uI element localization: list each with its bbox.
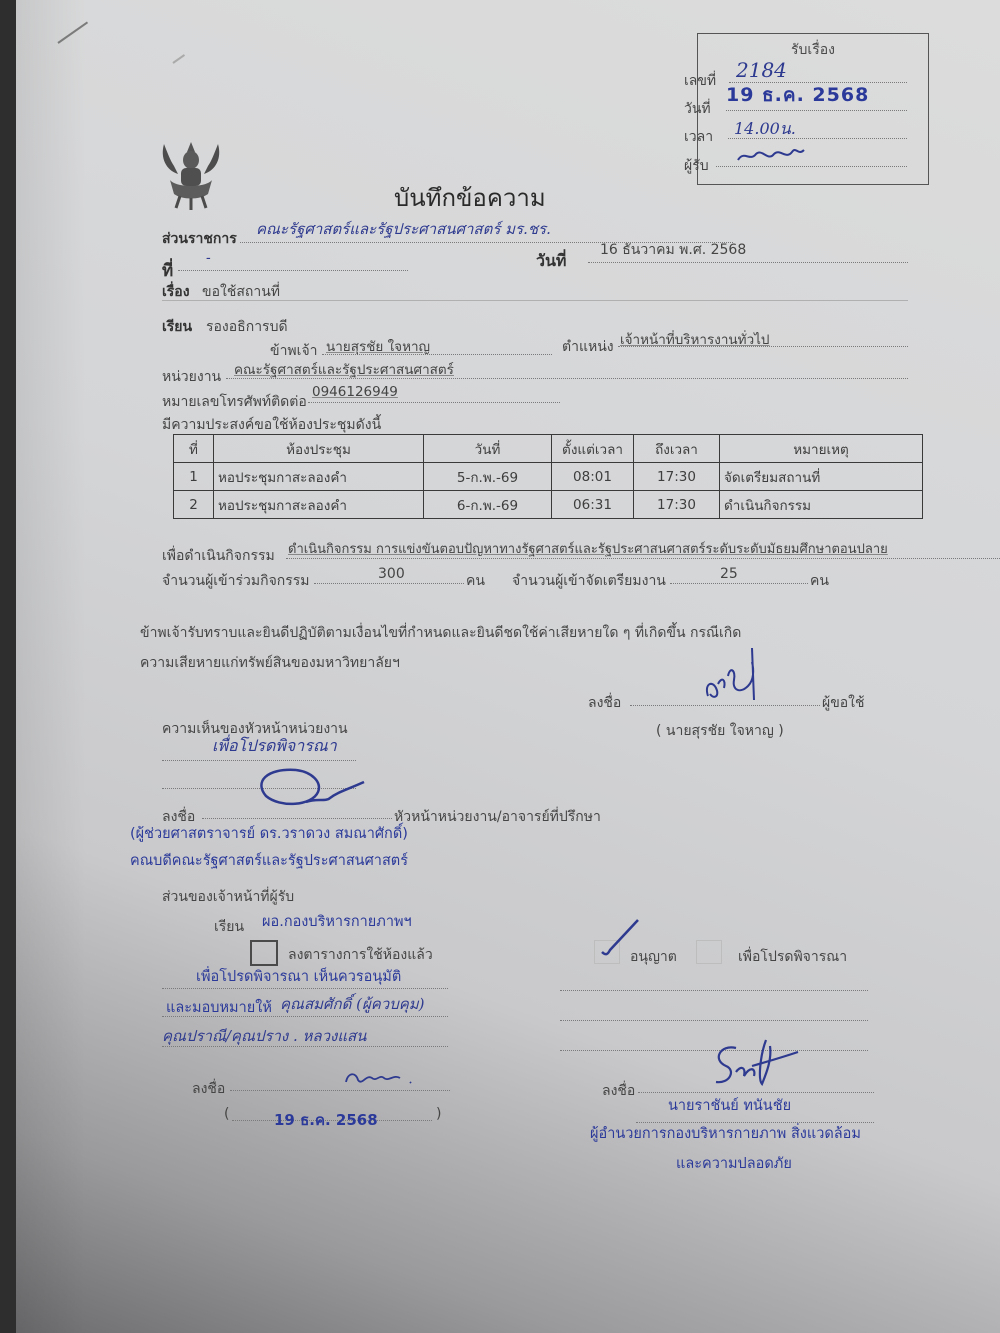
cell-from-time: 08:01: [552, 463, 634, 491]
applicant-sign-label: ลงชื่อ: [588, 692, 621, 714]
participants-value: 300: [378, 566, 405, 582]
officer-date-close-paren: ): [436, 1106, 441, 1122]
cell-remark: จัดเตรียมสถานที่: [720, 463, 923, 491]
officer-note-line-2-hand: คุณสมศักดิ์ (ผู้ควบคุม): [280, 992, 425, 1016]
staff-value: 25: [720, 566, 738, 582]
col-to-time: ถึงเวลา: [634, 435, 720, 463]
receive-time-label: เวลา: [684, 126, 713, 148]
phone-label: หมายเลขโทรศัพท์ติดต่อ: [162, 391, 307, 413]
participants-label: จำนวนผู้เข้าร่วมกิจกรรม: [162, 570, 310, 592]
room-booking-table: ที่ ห้องประชุม วันที่ ตั้งแต่เวลา ถึงเวล…: [173, 434, 923, 519]
applicant-signature: [696, 640, 776, 710]
receive-time-value: 14.00น.: [734, 117, 796, 142]
col-from-time: ตั้งแต่เวลา: [552, 435, 634, 463]
receive-date-stamp: 19 ธ.ค. 2568: [726, 80, 869, 110]
officer-note-line-1: เพื่อโปรดพิจารณา เห็นควรอนุมัติ: [196, 965, 401, 988]
document-title: บันทึกข้อความ: [394, 178, 546, 217]
applicant-name: ( นายสุรชัย ใจหาญ ): [656, 720, 784, 742]
cell-date: 5-ก.พ.-69: [424, 463, 552, 491]
receive-title: รับเรื่อง: [698, 39, 928, 61]
agency-value: คณะรัฐศาสตร์และรัฐประศาสนศาสตร์ มร.ชร.: [256, 217, 551, 241]
col-date: วันที่: [424, 435, 552, 463]
head-role: หัวหน้าหน่วยงาน/อาจารย์ที่ปรึกษา: [394, 806, 601, 828]
ref-value: -: [206, 250, 211, 266]
table-header-row: ที่ ห้องประชุม วันที่ ตั้งแต่เวลา ถึงเวล…: [174, 435, 923, 463]
receive-number-value: 2184: [736, 58, 787, 82]
officer-date-open-paren: (: [224, 1106, 229, 1122]
cell-number: 1: [174, 463, 214, 491]
schedule-checkbox[interactable]: [250, 940, 278, 966]
director-sign-label: ลงชื่อ: [602, 1080, 635, 1102]
head-name-stamp: (ผู้ช่วยศาสตราจารย์ ดร.วราดวง สมณาศักดิ์…: [130, 822, 408, 845]
head-signature: [246, 762, 376, 810]
approve-label: อนุญาต: [630, 946, 677, 968]
table-row: 2 หอประชุมกาสะลองคำ 6-ก.พ.-69 06:31 17:3…: [174, 491, 923, 519]
cell-number: 2: [174, 491, 214, 519]
officer-date-stamp: 19 ธ.ค. 2568: [274, 1108, 378, 1132]
officer-note-line-3-hand: คุณปราณี/คุณปราง . หลวงแสน: [162, 1024, 366, 1048]
to-label: เรียน: [162, 316, 192, 338]
cell-to-time: 17:30: [634, 491, 720, 519]
applicant-role: ผู้ขอใช้: [822, 692, 865, 714]
purpose-intro: มีความประสงค์ขอใช้ห้องประชุมดังนี้: [162, 414, 381, 436]
col-remark: หมายเหตุ: [720, 435, 923, 463]
date-value: 16 ธันวาคม พ.ศ. 2568: [600, 239, 746, 261]
receive-date-label: วันที่: [684, 98, 711, 120]
memo-paper: รับเรื่อง เลขที่ 2184 วันที่ 19 ธ.ค. 256…: [16, 0, 1000, 1333]
participants-unit: คน: [466, 570, 485, 592]
head-opinion-comment: เพื่อโปรดพิจารณา: [212, 734, 337, 759]
applicant-value: นายสุรชัย ใจหาญ: [326, 335, 430, 357]
officer-section-label: ส่วนของเจ้าหน้าที่ผู้รับ: [162, 886, 294, 908]
consider-checkbox[interactable]: [696, 940, 722, 964]
officer-to-label: เรียน: [214, 916, 244, 938]
schedule-checkbox-label: ลงตารางการใช้ห้องแล้ว: [288, 944, 433, 966]
receiver-signature: [734, 140, 814, 166]
col-number: ที่: [174, 435, 214, 463]
receive-number-label: เลขที่: [684, 70, 716, 92]
officer-to-value: ผอ.กองบริหารกายภาพฯ: [262, 910, 412, 933]
purpose-value: ดำเนินกิจกรรม การแข่งขันตอบปัญหาทางรัฐศา…: [288, 538, 888, 559]
director-title-line-2: และความปลอดภัย: [676, 1152, 792, 1175]
agreement-line-1: ข้าพเจ้ารับทราบและยินดีปฏิบัติตามเงื่อนไ…: [140, 622, 741, 644]
staff-unit: คน: [810, 570, 829, 592]
phone-value: 0946126949: [312, 384, 398, 400]
cell-room: หอประชุมกาสะลองคำ: [214, 463, 424, 491]
cell-room: หอประชุมกาสะลองคำ: [214, 491, 424, 519]
purpose-label: เพื่อดำเนินกิจกรรม: [162, 545, 275, 567]
officer-sign-label: ลงชื่อ: [192, 1078, 225, 1100]
ref-label: ที่: [162, 257, 173, 284]
col-room: ห้องประชุม: [214, 435, 424, 463]
table-row: 1 หอประชุมกาสะลองคำ 5-ก.พ.-69 08:01 17:3…: [174, 463, 923, 491]
date-label: วันที่: [536, 249, 566, 274]
cell-date: 6-ก.พ.-69: [424, 491, 552, 519]
pen-mark: [57, 22, 88, 44]
cell-remark: ดำเนินกิจกรรม: [720, 491, 923, 519]
unit-value: คณะรัฐศาสตร์และรัฐประศาสนศาสตร์: [234, 358, 454, 380]
director-title-line-1: ผู้อำนวยการกองบริหารกายภาพ สิ่งแวดล้อม: [590, 1122, 861, 1145]
agency-label: ส่วนราชการ: [162, 228, 237, 250]
cell-to-time: 17:30: [634, 463, 720, 491]
to-value: รองอธิการบดี: [206, 316, 288, 338]
unit-label: หน่วยงาน: [162, 366, 221, 388]
pen-mark: [172, 54, 185, 64]
director-signature: [706, 1036, 806, 1092]
garuda-emblem-icon: [156, 136, 226, 210]
officer-signature: [342, 1066, 422, 1090]
head-title-stamp: คณบดีคณะรัฐศาสตร์และรัฐประศาสนศาสตร์: [130, 849, 408, 872]
director-name-stamp: นายราชันย์ ทนันชัย: [668, 1094, 791, 1117]
position-value: เจ้าหน้าที่บริหารงานทั่วไป: [620, 328, 770, 350]
staff-label: จำนวนผู้เข้าจัดเตรียมงาน: [512, 570, 666, 592]
cell-from-time: 06:31: [552, 491, 634, 519]
consider-label: เพื่อโปรดพิจารณา: [738, 946, 847, 968]
agreement-line-2: ความเสียหายแก่ทรัพย์สินของมหาวิทยาลัยฯ: [140, 652, 400, 674]
position-label: ตำแหน่ง: [562, 336, 614, 358]
receive-receiver-label: ผู้รับ: [684, 155, 709, 177]
